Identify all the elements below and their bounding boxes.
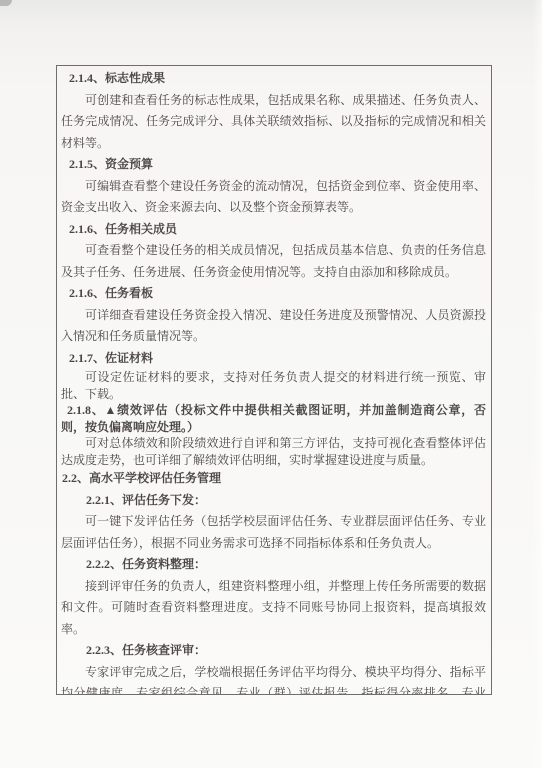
section-2-1-4-body: 可创建和查看任务的标志性成果，包括成果名称、成果描述、任务负责人、任务完成情况、… [61,90,486,155]
section-2-2-3-heading: 2.2.3、任务核查评审： [61,640,486,662]
section-2-2-1-body: 可一键下发评估任务（包括学校层面评估任务、专业群层面评估任务、专业层面评估任务）… [61,511,486,554]
section-2-1-7-heading: 2.1.7、佐证材料 [61,348,486,370]
section-2-2-2-heading: 2.2.2、任务资料整理： [61,554,486,576]
section-2-1-6-members-heading: 2.1.6、任务相关成员 [61,219,486,241]
section-2-1-5-heading: 2.1.5、资金预算 [61,154,486,176]
section-2-1-6-members-body: 可查看整个建设任务的相关成员情况，包括成员基本信息、负责的任务信息及其子任务、任… [61,240,486,283]
section-2-2-heading: 2.2、高水平学校评估任务管理 [61,468,486,490]
section-2-1-7-body: 可设定佐证材料的要求，支持对任务负责人提交的材料进行统一预览、审批、下载。 [61,369,486,402]
scan-edge-shading [532,0,542,768]
section-2-1-5-body: 可编辑查看整个建设任务资金的流动情况，包括资金到位率、资金使用率、资金支出收入、… [61,176,486,219]
section-2-2-2-body: 接到评审任务的负责人，组建资料整理小组，并整理上传任务所需要的数据和文件。可随时… [61,576,486,641]
section-2-1-8-heading: 2.1.8、▲绩效评估（投标文件中提供相关截图证明，并加盖制造商公章，否则，按负… [61,402,486,435]
document-table-cell: 2.1.4、标志性成果 可创建和查看任务的标志性成果，包括成果名称、成果描述、任… [56,65,492,695]
scan-artifact-smudge [0,0,12,6]
section-2-1-6-board-heading: 2.1.6、任务看板 [61,283,486,305]
section-2-1-8-body: 可对总体绩效和阶段绩效进行自评和第三方评估，支持可视化查看整体评估达成度走势，也… [61,435,486,468]
section-2-1-4-heading: 2.1.4、标志性成果 [61,68,486,90]
section-2-1-6-board-body: 可详细查看建设任务资金投入情况、建设任务进度及预警情况、人员资源投入情况和任务质… [61,305,486,348]
section-2-2-1-heading: 2.2.1、评估任务下发： [61,490,486,512]
section-2-2-3-body: 专家评审完成之后，学校端根据任务评估平均得分、模块平均得分、指标平均分健康度、专… [61,662,486,696]
